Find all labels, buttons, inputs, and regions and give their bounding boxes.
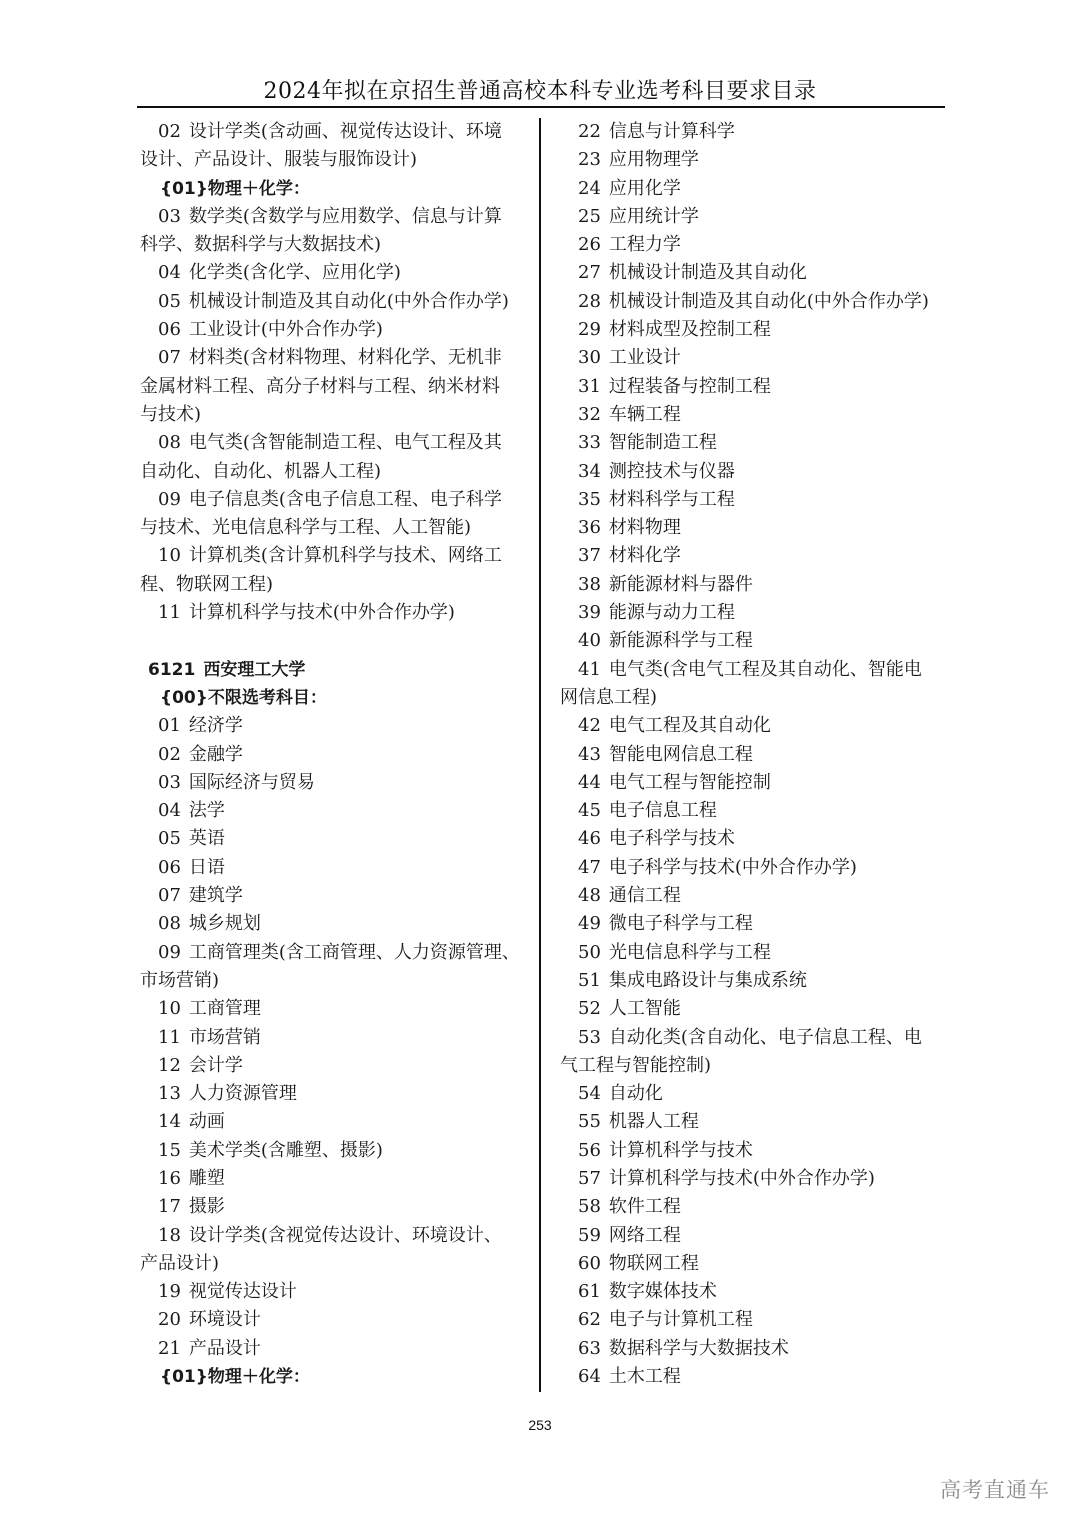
major-code: 55 (578, 1108, 601, 1136)
major-code: 28 (578, 288, 601, 316)
major-item: 59网络工程 (560, 1222, 950, 1250)
major-code: 04 (158, 797, 181, 825)
major-code: 20 (158, 1306, 181, 1334)
major-code: 43 (578, 741, 601, 769)
major-item: 63数据科学与大数据技术 (560, 1335, 950, 1363)
major-code: 09 (158, 939, 181, 967)
major-item: 64土木工程 (560, 1363, 950, 1391)
major-item: 15美术学类(含雕塑、摄影) (140, 1137, 530, 1165)
major-code: 61 (578, 1278, 601, 1306)
major-item: 06日语 (140, 854, 530, 882)
major-name: 应用物理学 (609, 149, 699, 170)
major-code: 35 (578, 486, 601, 514)
major-name: 经济学 (189, 715, 243, 736)
major-name: 通信工程 (609, 885, 681, 906)
major-name: 机器人工程 (609, 1111, 699, 1132)
major-name: 工商管理 (189, 998, 261, 1019)
major-name: 程、物联网工程) (140, 574, 273, 595)
major-item: 52人工智能 (560, 995, 950, 1023)
major-code: 41 (578, 656, 601, 684)
blank-line (140, 627, 530, 655)
major-name: 雕塑 (189, 1168, 225, 1189)
major-name: 人力资源管理 (189, 1083, 297, 1104)
major-name: 建筑学 (189, 885, 243, 906)
major-item-continuation: 金属材料工程、高分子材料与工程、纳米材料 (140, 373, 530, 401)
major-code: 54 (578, 1080, 601, 1108)
major-name: 材料化学 (609, 545, 681, 566)
major-item: 53自动化类(含自动化、电子信息工程、电 (560, 1024, 950, 1052)
major-item-continuation: 程、物联网工程) (140, 571, 530, 599)
subject-group-heading: {01}物理＋化学： (140, 1363, 530, 1391)
major-name: 过程装备与控制工程 (609, 376, 771, 397)
major-item-continuation: 与技术、光电信息科学与工程、人工智能) (140, 514, 530, 542)
major-name: 设计学类(含动画、视觉传达设计、环境 (189, 121, 502, 142)
major-item: 12会计学 (140, 1052, 530, 1080)
major-code: 08 (158, 910, 181, 938)
major-name: 金融学 (189, 744, 243, 765)
major-code: 47 (578, 854, 601, 882)
major-code: 49 (578, 910, 601, 938)
major-name: 机械设计制造及其自动化(中外合作办学) (609, 291, 929, 312)
major-name: 化学类(含化学、应用化学) (189, 262, 401, 283)
school-heading: 6121西安理工大学 (140, 656, 530, 684)
major-code: 08 (158, 429, 181, 457)
major-code: 57 (578, 1165, 601, 1193)
major-item: 33智能制造工程 (560, 429, 950, 457)
major-name: 电气类(含智能制造工程、电气工程及其 (189, 432, 502, 453)
major-item: 23应用物理学 (560, 146, 950, 174)
major-name: 设计学类(含视觉传达设计、环境设计、 (189, 1225, 502, 1246)
major-item: 46电子科学与技术 (560, 825, 950, 853)
major-name: 自动化、自动化、机器人工程) (140, 461, 381, 482)
major-name: 新能源材料与器件 (609, 574, 753, 595)
school-name: 西安理工大学 (203, 660, 305, 680)
major-name: 法学 (189, 800, 225, 821)
major-name: 应用化学 (609, 178, 681, 199)
major-name: 日语 (189, 857, 225, 878)
major-item: 19视觉传达设计 (140, 1278, 530, 1306)
major-name: 设计、产品设计、服装与服饰设计) (140, 149, 417, 170)
major-code: 23 (578, 146, 601, 174)
major-code: 45 (578, 797, 601, 825)
major-code: 30 (578, 344, 601, 372)
major-item: 04化学类(含化学、应用化学) (140, 259, 530, 287)
major-item: 62电子与计算机工程 (560, 1306, 950, 1334)
major-code: 13 (158, 1080, 181, 1108)
major-name: 环境设计 (189, 1309, 261, 1330)
major-name: 城乡规划 (189, 913, 261, 934)
subject-requirement: {00}不限选考科目： (160, 688, 327, 708)
major-item: 10工商管理 (140, 995, 530, 1023)
major-code: 07 (158, 882, 181, 910)
major-name: 与技术) (140, 404, 201, 425)
major-name: 光电信息科学与工程 (609, 942, 771, 963)
major-code: 17 (158, 1193, 181, 1221)
major-code: 42 (578, 712, 601, 740)
major-name: 美术学类(含雕塑、摄影) (189, 1140, 383, 1161)
major-code: 58 (578, 1193, 601, 1221)
major-item: 22信息与计算科学 (560, 118, 950, 146)
major-name: 市场营销 (189, 1027, 261, 1048)
subject-requirement: {01}物理＋化学： (160, 179, 310, 199)
major-code: 40 (578, 627, 601, 655)
major-code: 37 (578, 542, 601, 570)
major-code: 34 (578, 458, 601, 486)
column-divider (539, 118, 541, 1392)
major-code: 62 (578, 1306, 601, 1334)
major-code: 27 (578, 259, 601, 287)
major-name: 计算机类(含计算机科学与技术、网络工 (189, 545, 502, 566)
major-name: 动画 (189, 1111, 225, 1132)
major-item-continuation: 网信息工程) (560, 684, 950, 712)
major-code: 59 (578, 1222, 601, 1250)
major-item: 10计算机类(含计算机科学与技术、网络工 (140, 542, 530, 570)
major-name: 人工智能 (609, 998, 681, 1019)
major-item: 14动画 (140, 1108, 530, 1136)
major-name: 智能制造工程 (609, 432, 717, 453)
major-item: 07材料类(含材料物理、材料化学、无机非 (140, 344, 530, 372)
major-item: 31过程装备与控制工程 (560, 373, 950, 401)
major-item: 07建筑学 (140, 882, 530, 910)
major-code: 29 (578, 316, 601, 344)
major-item: 29材料成型及控制工程 (560, 316, 950, 344)
major-name: 与技术、光电信息科学与工程、人工智能) (140, 517, 471, 538)
major-name: 计算机科学与技术 (609, 1140, 753, 1161)
major-name: 材料物理 (609, 517, 681, 538)
major-item: 42电气工程及其自动化 (560, 712, 950, 740)
major-item: 11计算机科学与技术(中外合作办学) (140, 599, 530, 627)
major-code: 60 (578, 1250, 601, 1278)
major-item: 02设计学类(含动画、视觉传达设计、环境 (140, 118, 530, 146)
major-item: 47电子科学与技术(中外合作办学) (560, 854, 950, 882)
major-code: 06 (158, 316, 181, 344)
major-name: 材料类(含材料物理、材料化学、无机非 (189, 347, 502, 368)
major-item: 43智能电网信息工程 (560, 741, 950, 769)
major-item: 27机械设计制造及其自动化 (560, 259, 950, 287)
major-item: 51集成电路设计与集成系统 (560, 967, 950, 995)
major-code: 16 (158, 1165, 181, 1193)
major-name: 信息与计算科学 (609, 121, 735, 142)
major-item: 18设计学类(含视觉传达设计、环境设计、 (140, 1222, 530, 1250)
major-code: 19 (158, 1278, 181, 1306)
major-code: 04 (158, 259, 181, 287)
major-name: 土木工程 (609, 1366, 681, 1387)
major-name: 自动化类(含自动化、电子信息工程、电 (609, 1027, 922, 1048)
major-name: 电子科学与技术(中外合作办学) (609, 857, 857, 878)
subject-group-heading: {01}物理＋化学： (140, 175, 530, 203)
major-name: 科学、数据科学与大数据技术) (140, 234, 381, 255)
major-item: 13人力资源管理 (140, 1080, 530, 1108)
major-code: 33 (578, 429, 601, 457)
major-item: 44电气工程与智能控制 (560, 769, 950, 797)
major-item: 30工业设计 (560, 344, 950, 372)
major-name: 电子信息工程 (609, 800, 717, 821)
major-item: 36材料物理 (560, 514, 950, 542)
major-item: 50光电信息科学与工程 (560, 939, 950, 967)
major-code: 01 (158, 712, 181, 740)
major-code: 11 (158, 1024, 181, 1052)
major-item: 09工商管理类(含工商管理、人力资源管理、 (140, 939, 530, 967)
major-name: 数字媒体技术 (609, 1281, 717, 1302)
major-item: 55机器人工程 (560, 1108, 950, 1136)
major-item-continuation: 科学、数据科学与大数据技术) (140, 231, 530, 259)
school-code: 6121 (148, 656, 195, 684)
major-item: 34测控技术与仪器 (560, 458, 950, 486)
major-name: 应用统计学 (609, 206, 699, 227)
major-item: 56计算机科学与技术 (560, 1137, 950, 1165)
major-item: 38新能源材料与器件 (560, 571, 950, 599)
major-name: 产品设计 (189, 1338, 261, 1359)
watermark: 高考直通车 (940, 1474, 1050, 1504)
major-item: 60物联网工程 (560, 1250, 950, 1278)
page-title: 2024年拟在京招生普通高校本科专业选考科目要求目录 (0, 76, 1080, 108)
page-number: 253 (520, 1417, 560, 1433)
major-name: 材料成型及控制工程 (609, 319, 771, 340)
major-item: 32车辆工程 (560, 401, 950, 429)
major-name: 集成电路设计与集成系统 (609, 970, 807, 991)
major-name: 材料科学与工程 (609, 489, 735, 510)
major-name: 会计学 (189, 1055, 243, 1076)
major-item: 21产品设计 (140, 1335, 530, 1363)
major-item: 41电气类(含电气工程及其自动化、智能电 (560, 656, 950, 684)
major-name: 电子与计算机工程 (609, 1309, 753, 1330)
major-item: 61数字媒体技术 (560, 1278, 950, 1306)
major-item: 16雕塑 (140, 1165, 530, 1193)
major-item-continuation: 气工程与智能控制) (560, 1052, 950, 1080)
major-item-continuation: 与技术) (140, 401, 530, 429)
major-name: 电气工程与智能控制 (609, 772, 771, 793)
major-code: 44 (578, 769, 601, 797)
major-item: 08城乡规划 (140, 910, 530, 938)
major-item: 28机械设计制造及其自动化(中外合作办学) (560, 288, 950, 316)
major-item: 09电子信息类(含电子信息工程、电子科学 (140, 486, 530, 514)
major-item: 20环境设计 (140, 1306, 530, 1334)
major-item: 02金融学 (140, 741, 530, 769)
major-code: 03 (158, 769, 181, 797)
major-name: 测控技术与仪器 (609, 461, 735, 482)
major-code: 02 (158, 741, 181, 769)
left-column: 02设计学类(含动画、视觉传达设计、环境设计、产品设计、服装与服饰设计){01}… (140, 118, 530, 1391)
major-code: 53 (578, 1024, 601, 1052)
major-item: 24应用化学 (560, 175, 950, 203)
major-item: 08电气类(含智能制造工程、电气工程及其 (140, 429, 530, 457)
major-name: 电气工程及其自动化 (609, 715, 771, 736)
major-code: 38 (578, 571, 601, 599)
subject-group-heading: {00}不限选考科目： (140, 684, 530, 712)
major-item: 45电子信息工程 (560, 797, 950, 825)
major-code: 05 (158, 288, 181, 316)
major-item: 40新能源科学与工程 (560, 627, 950, 655)
major-code: 06 (158, 854, 181, 882)
subject-requirement: {01}物理＋化学： (160, 1367, 310, 1387)
major-item: 37材料化学 (560, 542, 950, 570)
major-item: 17摄影 (140, 1193, 530, 1221)
major-code: 15 (158, 1137, 181, 1165)
major-item-continuation: 产品设计) (140, 1250, 530, 1278)
major-name: 摄影 (189, 1196, 225, 1217)
major-code: 36 (578, 514, 601, 542)
major-code: 07 (158, 344, 181, 372)
major-name: 工业设计 (609, 347, 681, 368)
major-code: 48 (578, 882, 601, 910)
major-name: 数据科学与大数据技术 (609, 1338, 789, 1359)
major-item-continuation: 市场营销) (140, 967, 530, 995)
major-code: 39 (578, 599, 601, 627)
major-name: 软件工程 (609, 1196, 681, 1217)
major-name: 电气类(含电气工程及其自动化、智能电 (609, 659, 922, 680)
major-code: 46 (578, 825, 601, 853)
major-name: 车辆工程 (609, 404, 681, 425)
major-code: 56 (578, 1137, 601, 1165)
major-item: 54自动化 (560, 1080, 950, 1108)
major-item: 05英语 (140, 825, 530, 853)
major-code: 21 (158, 1335, 181, 1363)
major-code: 05 (158, 825, 181, 853)
major-name: 自动化 (609, 1083, 663, 1104)
major-name: 国际经济与贸易 (189, 772, 315, 793)
major-item: 25应用统计学 (560, 203, 950, 231)
major-code: 09 (158, 486, 181, 514)
major-code: 02 (158, 118, 181, 146)
major-name: 电子科学与技术 (609, 828, 735, 849)
major-code: 64 (578, 1363, 601, 1391)
major-name: 智能电网信息工程 (609, 744, 753, 765)
major-item: 06工业设计(中外合作办学) (140, 316, 530, 344)
major-item: 48通信工程 (560, 882, 950, 910)
major-name: 工商管理类(含工商管理、人力资源管理、 (189, 942, 520, 963)
major-code: 14 (158, 1108, 181, 1136)
major-code: 24 (578, 175, 601, 203)
major-item-continuation: 自动化、自动化、机器人工程) (140, 458, 530, 486)
major-item: 03国际经济与贸易 (140, 769, 530, 797)
major-name: 金属材料工程、高分子材料与工程、纳米材料 (140, 376, 500, 397)
major-item: 05机械设计制造及其自动化(中外合作办学) (140, 288, 530, 316)
major-code: 32 (578, 401, 601, 429)
major-code: 26 (578, 231, 601, 259)
major-name: 机械设计制造及其自动化(中外合作办学) (189, 291, 509, 312)
major-code: 51 (578, 967, 601, 995)
major-code: 10 (158, 542, 181, 570)
major-item: 04法学 (140, 797, 530, 825)
right-column: 22信息与计算科学23应用物理学24应用化学25应用统计学26工程力学27机械设… (560, 118, 950, 1391)
major-name: 产品设计) (140, 1253, 219, 1274)
major-item: 57计算机科学与技术(中外合作办学) (560, 1165, 950, 1193)
major-code: 63 (578, 1335, 601, 1363)
major-code: 10 (158, 995, 181, 1023)
major-code: 22 (578, 118, 601, 146)
major-item: 03数学类(含数学与应用数学、信息与计算 (140, 203, 530, 231)
major-name: 市场营销) (140, 970, 219, 991)
major-code: 50 (578, 939, 601, 967)
major-name: 视觉传达设计 (189, 1281, 297, 1302)
major-item: 11市场营销 (140, 1024, 530, 1052)
major-name: 电子信息类(含电子信息工程、电子科学 (189, 489, 502, 510)
major-name: 计算机科学与技术(中外合作办学) (189, 602, 455, 623)
major-name: 计算机科学与技术(中外合作办学) (609, 1168, 875, 1189)
major-code: 11 (158, 599, 181, 627)
major-item: 26工程力学 (560, 231, 950, 259)
major-item-continuation: 设计、产品设计、服装与服饰设计) (140, 146, 530, 174)
major-name: 英语 (189, 828, 225, 849)
header-rule (137, 106, 945, 108)
major-name: 微电子科学与工程 (609, 913, 753, 934)
major-name: 物联网工程 (609, 1253, 699, 1274)
major-name: 工程力学 (609, 234, 681, 255)
major-name: 工业设计(中外合作办学) (189, 319, 383, 340)
major-item: 39能源与动力工程 (560, 599, 950, 627)
major-item: 49微电子科学与工程 (560, 910, 950, 938)
major-item: 58软件工程 (560, 1193, 950, 1221)
major-name: 机械设计制造及其自动化 (609, 262, 807, 283)
major-code: 03 (158, 203, 181, 231)
major-name: 网络工程 (609, 1225, 681, 1246)
major-name: 数学类(含数学与应用数学、信息与计算 (189, 206, 502, 227)
major-name: 能源与动力工程 (609, 602, 735, 623)
major-name: 网信息工程) (560, 687, 657, 708)
major-code: 12 (158, 1052, 181, 1080)
major-item: 35材料科学与工程 (560, 486, 950, 514)
major-code: 52 (578, 995, 601, 1023)
major-code: 25 (578, 203, 601, 231)
major-name: 气工程与智能控制) (560, 1055, 711, 1076)
major-name: 新能源科学与工程 (609, 630, 753, 651)
major-code: 31 (578, 373, 601, 401)
major-code: 18 (158, 1222, 181, 1250)
major-item: 01经济学 (140, 712, 530, 740)
